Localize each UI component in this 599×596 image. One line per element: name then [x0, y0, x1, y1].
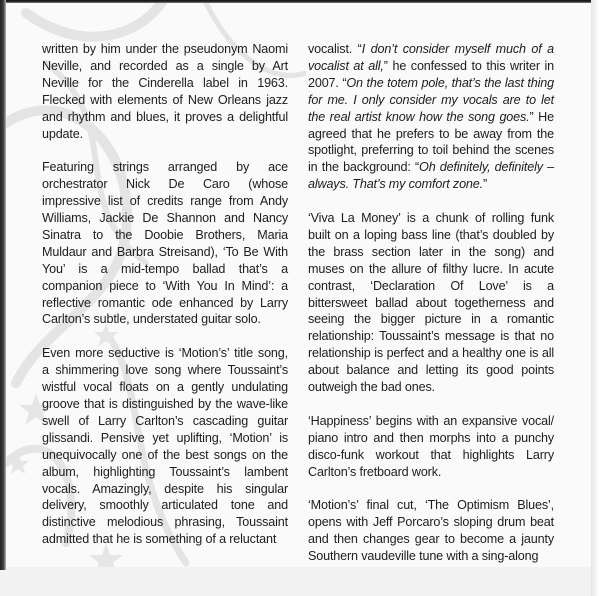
text: vocalist. “ [308, 42, 362, 56]
paragraph: ‘Viva La Money’ is a chunk of rolling fu… [308, 210, 554, 396]
paragraph-quote: vocalist. “I don’t consider myself much … [308, 41, 554, 193]
paragraph: ‘Happiness’ begins with an expansive voc… [308, 413, 554, 481]
scan-top-edge [0, 0, 599, 3]
scan-left-edge [0, 0, 6, 570]
scan-right-edge [591, 0, 599, 596]
text: ” [483, 177, 487, 191]
paragraph: Even more seductive is ‘Motion’s’ title … [42, 345, 288, 548]
left-column: written by him under the pseudonym Naomi… [42, 41, 288, 548]
booklet-page: written by him under the pseudonym Naomi… [6, 3, 591, 567]
paragraph: ‘Motion’s’ final cut, ‘The Optimism Blue… [308, 497, 554, 565]
scanned-booklet-page: written by him under the pseudonym Naomi… [0, 0, 599, 596]
scan-bottom-margin [0, 567, 599, 596]
paragraph: written by him under the pseudonym Naomi… [42, 41, 288, 142]
paragraph: Featuring strings arranged by ace orches… [42, 159, 288, 328]
right-column: vocalist. “I don’t consider myself much … [308, 41, 554, 565]
